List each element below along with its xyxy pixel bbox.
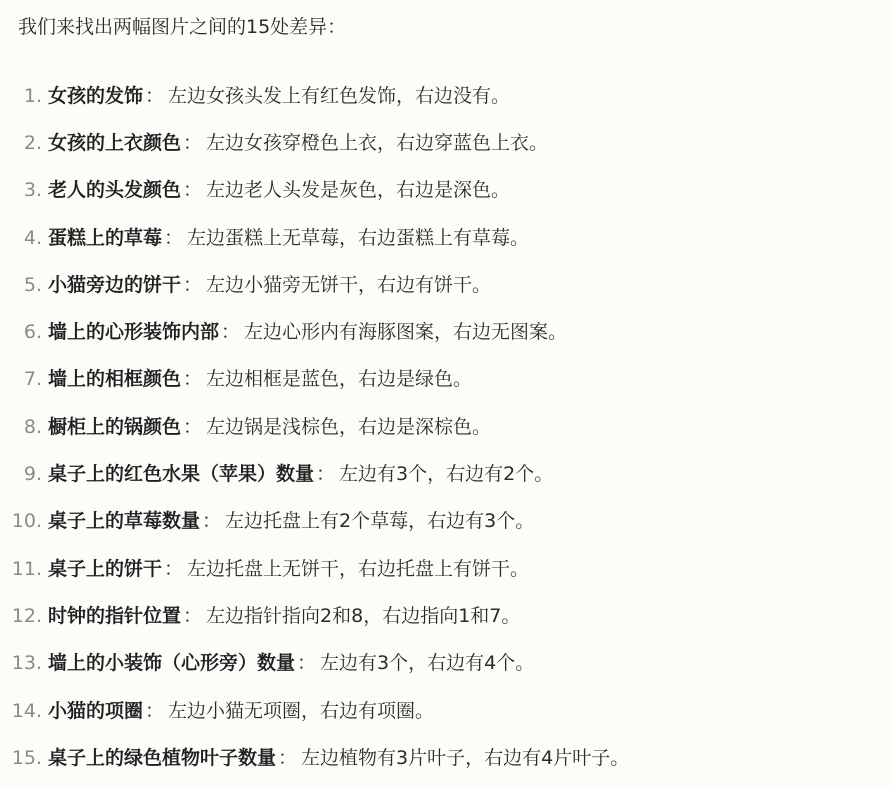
item-number: 12.	[0, 602, 48, 630]
item-number: 6.	[0, 318, 48, 346]
item-description: 左边小猫旁无饼干，右边有饼干。	[206, 271, 491, 299]
item-description: 左边有3个，右边有2个。	[339, 460, 553, 488]
item-title: 墙上的相框颜色	[48, 365, 181, 393]
list-item: 4. 蛋糕上的草莓 ： 左边蛋糕上无草莓，右边蛋糕上有草莓。	[0, 214, 629, 261]
item-title: 时钟的指针位置	[48, 602, 181, 630]
item-title: 小猫的项圈	[48, 697, 143, 725]
list-item: 3. 老人的头发颜色 ： 左边老人头发是灰色，右边是深色。	[0, 167, 629, 214]
item-description: 左边心形内有海豚图案，右边无图案。	[244, 318, 567, 346]
item-title: 老人的头发颜色	[48, 176, 181, 204]
item-number: 5.	[0, 271, 48, 299]
item-number: 1.	[0, 82, 48, 110]
list-item: 13. 墙上的小装饰（心形旁）数量 ： 左边有3个，右边有4个。	[0, 640, 629, 687]
list-item: 6. 墙上的心形装饰内部 ： 左边心形内有海豚图案，右边无图案。	[0, 308, 629, 355]
item-title: 桌子上的饼干	[48, 555, 162, 583]
item-title: 桌子上的绿色植物叶子数量	[48, 744, 276, 772]
item-description: 左边女孩穿橙色上衣，右边穿蓝色上衣。	[206, 129, 548, 157]
item-colon: ：	[181, 413, 206, 441]
list-item: 1. 女孩的发饰 ： 左边女孩头发上有红色发饰，右边没有。	[0, 72, 629, 119]
item-description: 左边托盘上无饼干，右边托盘上有饼干。	[187, 555, 529, 583]
item-colon: ：	[181, 365, 206, 393]
list-item: 15. 桌子上的绿色植物叶子数量 ： 左边植物有3片叶子，右边有4片叶子。	[0, 734, 629, 781]
item-description: 左边小猫无项圈，右边有项圈。	[168, 697, 434, 725]
item-description: 左边女孩头发上有红色发饰，右边没有。	[168, 82, 510, 110]
item-description: 左边有3个，右边有4个。	[320, 649, 534, 677]
item-description: 左边植物有3片叶子，右边有4片叶子。	[301, 744, 629, 772]
item-number: 10.	[0, 507, 48, 535]
item-title: 墙上的小装饰（心形旁）数量	[48, 649, 295, 677]
differences-list: 1. 女孩的发饰 ： 左边女孩头发上有红色发饰，右边没有。 2. 女孩的上衣颜色…	[0, 72, 629, 781]
item-number: 13.	[0, 649, 48, 677]
item-title: 女孩的发饰	[48, 82, 143, 110]
item-colon: ：	[162, 555, 187, 583]
item-colon: ：	[219, 318, 244, 346]
item-colon: ：	[143, 697, 168, 725]
item-number: 8.	[0, 413, 48, 441]
item-number: 11.	[0, 555, 48, 583]
item-colon: ：	[181, 271, 206, 299]
item-description: 左边老人头发是灰色，右边是深色。	[206, 176, 510, 204]
item-number: 9.	[0, 460, 48, 488]
item-title: 桌子上的草莓数量	[48, 507, 200, 535]
item-number: 14.	[0, 697, 48, 725]
item-number: 3.	[0, 176, 48, 204]
item-colon: ：	[276, 744, 301, 772]
intro-text: 我们来找出两幅图片之间的15处差异：	[18, 13, 346, 41]
item-colon: ：	[200, 507, 225, 535]
list-item: 2. 女孩的上衣颜色 ： 左边女孩穿橙色上衣，右边穿蓝色上衣。	[0, 119, 629, 166]
item-colon: ：	[181, 602, 206, 630]
list-item: 10. 桌子上的草莓数量 ： 左边托盘上有2个草莓，右边有3个。	[0, 498, 629, 545]
item-colon: ：	[181, 176, 206, 204]
item-title: 蛋糕上的草莓	[48, 224, 162, 252]
item-colon: ：	[295, 649, 320, 677]
item-title: 墙上的心形装饰内部	[48, 318, 219, 346]
item-number: 15.	[0, 744, 48, 772]
item-description: 左边托盘上有2个草莓，右边有3个。	[225, 507, 534, 535]
item-title: 小猫旁边的饼干	[48, 271, 181, 299]
list-item: 9. 桌子上的红色水果（苹果）数量 ： 左边有3个，右边有2个。	[0, 450, 629, 497]
item-title: 橱柜上的锅颜色	[48, 413, 181, 441]
list-item: 8. 橱柜上的锅颜色 ： 左边锅是浅棕色，右边是深棕色。	[0, 403, 629, 450]
item-number: 7.	[0, 365, 48, 393]
item-description: 左边指针指向2和8，右边指向1和7。	[206, 602, 520, 630]
item-description: 左边蛋糕上无草莓，右边蛋糕上有草莓。	[187, 224, 529, 252]
list-item: 7. 墙上的相框颜色 ： 左边相框是蓝色，右边是绿色。	[0, 356, 629, 403]
list-item: 5. 小猫旁边的饼干 ： 左边小猫旁无饼干，右边有饼干。	[0, 261, 629, 308]
item-number: 4.	[0, 224, 48, 252]
item-title: 桌子上的红色水果（苹果）数量	[48, 460, 314, 488]
item-number: 2.	[0, 129, 48, 157]
item-description: 左边锅是浅棕色，右边是深棕色。	[206, 413, 491, 441]
item-title: 女孩的上衣颜色	[48, 129, 181, 157]
item-colon: ：	[314, 460, 339, 488]
list-item: 11. 桌子上的饼干 ： 左边托盘上无饼干，右边托盘上有饼干。	[0, 545, 629, 592]
item-description: 左边相框是蓝色，右边是绿色。	[206, 365, 472, 393]
item-colon: ：	[181, 129, 206, 157]
list-item: 14. 小猫的项圈 ： 左边小猫无项圈，右边有项圈。	[0, 687, 629, 734]
item-colon: ：	[143, 82, 168, 110]
list-item: 12. 时钟的指针位置 ： 左边指针指向2和8，右边指向1和7。	[0, 592, 629, 639]
item-colon: ：	[162, 224, 187, 252]
